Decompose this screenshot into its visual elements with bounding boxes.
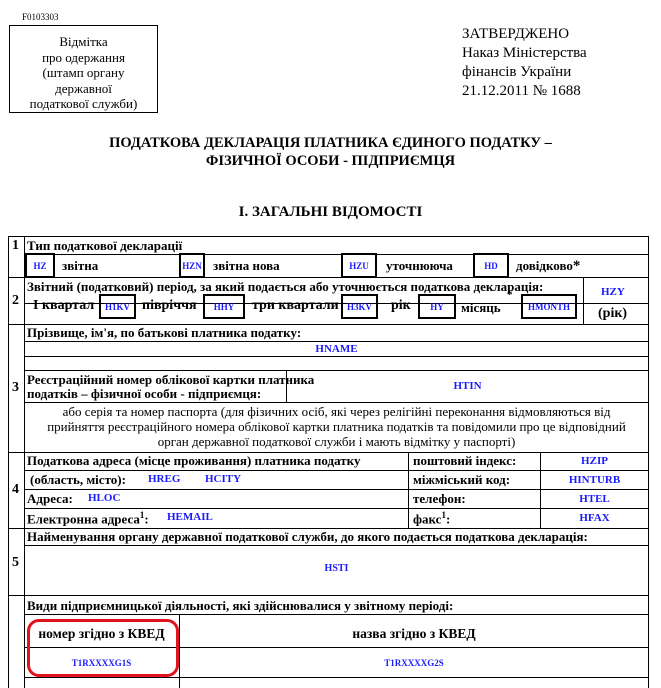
row-divider [24, 370, 649, 371]
row-divider [24, 470, 649, 471]
year-label: (рік) [598, 306, 627, 322]
zip-field[interactable]: HZIP [540, 455, 649, 467]
region-field[interactable]: HREG [148, 473, 180, 485]
contact-col-divider [408, 452, 409, 528]
fax-field[interactable]: HFAX [540, 512, 649, 524]
stamp-line: податкової служби) [10, 96, 157, 112]
approval-line: 21.12.2011 № 1688 [462, 82, 587, 101]
asterisk-mark: * [573, 258, 581, 274]
row-number: 3 [12, 380, 19, 396]
kved-name-field[interactable]: T1RXXXXG2S [179, 658, 649, 668]
kved-name-header: назва згідно з КВЕД [179, 626, 649, 642]
row-divider [24, 402, 649, 403]
stamp-line: (штамп органу [10, 65, 157, 81]
option-label: довідково* [516, 258, 580, 275]
hhy-field[interactable]: HHY [203, 294, 245, 319]
row-divider [8, 277, 649, 278]
field-code: HHY [214, 302, 235, 312]
row-divider [24, 677, 649, 678]
fax-colon: : [446, 511, 450, 526]
document-title-line2: ФІЗИЧНОЇ ОСОБИ - ПІДПРИЄМЦЯ [0, 152, 661, 170]
email-colon: : [144, 511, 148, 526]
reporting-period-label: Звітний (податковий) період, за який под… [27, 279, 543, 295]
field-code: H1KV [105, 302, 130, 312]
hzn-field[interactable]: HZN [179, 253, 205, 278]
row-divider [24, 614, 649, 615]
row-divider [8, 236, 649, 237]
approval-line: ЗАТВЕРДЖЕНО [462, 25, 587, 44]
section-title: І. ЗАГАЛЬНІ ВІДОМОСТІ [0, 204, 661, 221]
row-divider [24, 489, 649, 490]
intercity-code-label: міжміський код: [413, 472, 510, 488]
option-label: уточнююча [386, 258, 453, 274]
table-border-left [8, 236, 9, 688]
row-number: 5 [12, 555, 19, 571]
fax-label: факс1: [413, 510, 450, 527]
option-label: місяць [461, 300, 501, 316]
hy-field[interactable]: HY [418, 294, 456, 319]
option-label: звітна нова [213, 258, 280, 274]
field-code: HMONTH [528, 302, 570, 312]
approval-block: ЗАТВЕРДЖЕНО Наказ Міністерства фінансів … [462, 25, 587, 101]
row-divider [24, 545, 649, 546]
taxpayer-name-label: Прізвище, ім'я, по батькові платника под… [27, 325, 301, 341]
option-label: І квартал [33, 298, 94, 314]
highlight-annotation [27, 619, 179, 677]
asterisk-mark: * [507, 289, 513, 301]
stamp-line: про одержання [10, 50, 157, 66]
passport-note-line3: орган державної податкової служби і мают… [24, 434, 649, 450]
stamp-line: державної [10, 81, 157, 97]
document-title-line1: ПОДАТКОВА ДЕКЛАРАЦІЯ ПЛАТНИКА ЄДИНОГО ПО… [0, 134, 661, 152]
tin-label-line2: податків – фізичної особи - підприємця: [27, 386, 261, 402]
field-code: HD [484, 261, 498, 271]
intercity-code-field[interactable]: HINTURB [540, 474, 649, 486]
hz-field[interactable]: HZ [25, 253, 55, 278]
row-number: 2 [12, 293, 19, 309]
hd-field[interactable]: HD [473, 253, 509, 278]
email-label: Електронна адреса1: [27, 510, 149, 527]
tin-field[interactable]: HTIN [286, 380, 649, 392]
approval-line: Наказ Міністерства [462, 44, 587, 63]
row-divider [24, 341, 649, 342]
phone-field[interactable]: HTEL [540, 493, 649, 505]
field-code: HY [430, 302, 444, 312]
hmonth-field[interactable]: HMONTH [521, 294, 577, 319]
year-field[interactable]: HZY [601, 286, 625, 298]
row-divider [24, 254, 649, 255]
declaration-type-label: Тип податкової декларації [27, 238, 182, 254]
business-activities-label: Види підприємницької діяльності, які зді… [27, 598, 453, 614]
h3kv-field[interactable]: H3KV [341, 294, 378, 319]
passport-note-line1: або серія та номер паспорта (для фізични… [24, 404, 649, 420]
hzu-field[interactable]: HZU [341, 253, 377, 278]
city-field[interactable]: HCITY [205, 473, 241, 485]
address-label: Адреса: [27, 491, 73, 507]
fax-label-text: факс [413, 511, 441, 526]
zip-label: поштовий індекс: [413, 453, 516, 469]
email-label-text: Електронна адреса [27, 511, 140, 526]
option-label: рік [391, 298, 411, 314]
option-label: три квартали [252, 298, 339, 314]
region-label: (область, місто): [30, 472, 126, 488]
phone-label: телефон: [413, 491, 466, 507]
field-code: HZU [349, 261, 369, 271]
row-divider [24, 356, 649, 357]
taxpayer-name-field[interactable]: HNAME [24, 343, 649, 355]
tax-address-label: Податкова адреса (місце проживання) плат… [27, 453, 360, 469]
form-code: F0103303 [22, 12, 59, 22]
email-field[interactable]: HEMAIL [167, 511, 213, 523]
approval-line: фінансів України [462, 63, 587, 82]
option-label: півріччя [142, 298, 197, 314]
option-label-text: довідково [516, 258, 573, 273]
field-code: H3KV [347, 302, 372, 312]
field-code: HZ [33, 261, 46, 271]
option-label: звітна [62, 258, 98, 274]
row-number: 1 [12, 238, 19, 254]
tax-office-label: Найменування органу державної податкової… [27, 529, 588, 545]
field-code: HZN [182, 261, 202, 271]
stamp-line: Відмітка [10, 34, 157, 50]
address-field[interactable]: HLOC [88, 492, 120, 504]
row-divider [24, 508, 649, 509]
row-divider [8, 595, 649, 596]
passport-note-line2: прийняття реєстраційного номера обліково… [24, 419, 649, 435]
year-col-divider [583, 277, 584, 324]
h1kv-field[interactable]: H1KV [99, 294, 136, 319]
row-number: 4 [12, 482, 19, 498]
tax-office-field[interactable]: HSTI [24, 563, 649, 574]
receipt-stamp-box: Відмітка про одержання (штамп органу дер… [9, 25, 158, 113]
